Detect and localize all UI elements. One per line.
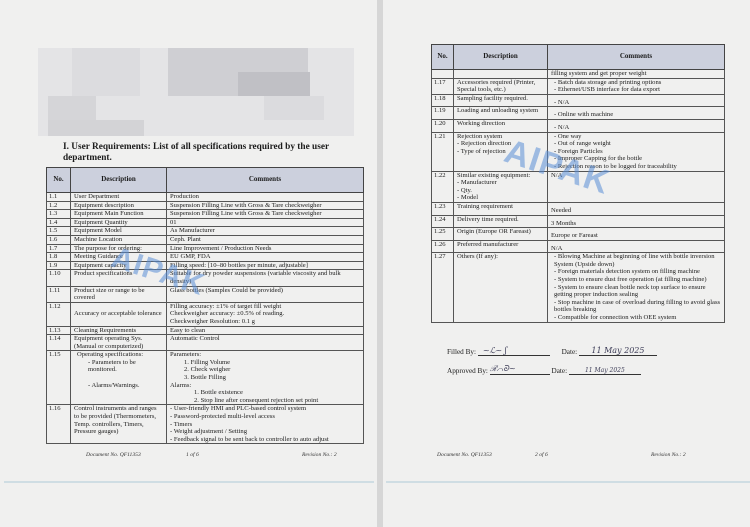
row-comment: Filling accuracy: ±1% of target fill wei…: [167, 302, 364, 326]
table-row: 1.27Others (If any):- Blowing Machine at…: [432, 253, 725, 322]
bullet-item: - Compatible for connection with OEE sys…: [551, 314, 721, 322]
text-line: Similar existing equipment:: [457, 172, 544, 180]
bullet-item: - Online with machine: [551, 111, 721, 119]
text-line: N/A: [551, 245, 721, 253]
row-description: Sampling facility required.: [454, 94, 548, 107]
row-number: 1.8: [47, 253, 71, 262]
row-number: 1.13: [47, 326, 71, 335]
row-number: 1.17: [432, 78, 454, 94]
row-description: Training requirement: [454, 202, 548, 215]
bullet-item: - Rejection reason to be logged for trac…: [551, 163, 721, 171]
row-description: Equipment description: [71, 201, 167, 210]
text-line: 1. Bottle existence: [170, 389, 360, 397]
row-number: 1.2: [47, 201, 71, 210]
row-description: Machine Location: [71, 235, 167, 244]
table-row: 1.2Equipment descriptionSuspension Filli…: [47, 201, 364, 210]
requirements-table-page-1: No. Description Comments 1.1User Departm…: [46, 167, 364, 444]
bullet-item: - N/A: [551, 124, 721, 132]
row-number: 1.15: [47, 351, 71, 405]
text-line: - Alarms/Warnings.: [74, 382, 163, 390]
text-line: N/A: [551, 172, 721, 180]
row-number: 1.20: [432, 119, 454, 132]
row-description: Control instruments and ranges to be pro…: [71, 405, 167, 444]
row-description: Equipment capacity: [71, 261, 167, 270]
text-line: Parameters:: [170, 351, 360, 359]
row-comment: - Online with machine: [548, 107, 725, 120]
document-page-2: No. Description Comments filling system …: [383, 0, 750, 527]
text-line: Filling accuracy: ±1% of target fill wei…: [170, 303, 360, 311]
row-number: 1.21: [432, 132, 454, 171]
row-description: Delivery time required.: [454, 215, 548, 228]
footer-revision: Revision No.: 2: [651, 452, 686, 458]
row-comment: Ceph. Plant: [167, 235, 364, 244]
row-number: 1.4: [47, 218, 71, 227]
text-line: - Model: [457, 194, 544, 202]
row-comment: Parameters:1. Filling Volume2. Check wei…: [167, 351, 364, 405]
table-row: 1.26Preferred manufacturerN/A: [432, 240, 725, 253]
row-number: 1.12: [47, 302, 71, 326]
approved-date: 11 May 2025: [569, 367, 641, 375]
row-description: Equipment Model: [71, 227, 167, 236]
approved-by-signature: ℛ⌒ᘐ~: [490, 364, 550, 375]
page-divider-line: [4, 481, 374, 483]
text-line: - User-friendly HMI and PLC-based contro…: [170, 405, 360, 413]
row-description: Origin (Europe OR Fareast): [454, 228, 548, 241]
row-description: Others (If any):: [454, 253, 548, 322]
filled-by-signature: ~ℒ~ ʃ: [478, 346, 550, 356]
table-row: 1.6Machine LocationCeph. Plant: [47, 235, 364, 244]
table-row: 1.11Product size or range to be coveredG…: [47, 286, 364, 302]
footer-page-number: 1 of 6: [186, 452, 199, 458]
table-row: 1.9Equipment capacityFilling speed: [10–…: [47, 261, 364, 270]
text-line: - Weight adjustment / Setting: [170, 428, 360, 436]
row-number: 1.24: [432, 215, 454, 228]
row-number: 1.10: [47, 270, 71, 286]
text-line: 2. Check weigher: [170, 366, 360, 374]
table-row: 1.12Accuracy or acceptable toleranceFill…: [47, 302, 364, 326]
text-line: 1. Filling Volume: [170, 359, 360, 367]
text-line: 3. Bottle Filling: [170, 374, 360, 382]
text-line: - Type of rejection: [457, 148, 544, 156]
row-comment: - Blowing Machine at beginning of line w…: [548, 253, 725, 322]
table-row: 1.24Delivery time required.3 Months: [432, 215, 725, 228]
bullet-item: - Improper Capping for the bottle: [551, 155, 721, 163]
row-comment: Filling speed: [10–80 bottles per minute…: [167, 261, 364, 270]
row-number: 1.19: [432, 107, 454, 120]
text-line: - Password-protected multi-level access: [170, 413, 360, 421]
table-row-continued: filling system and get proper weight: [432, 70, 725, 79]
footer-revision: Revision No.: 2: [302, 452, 337, 458]
row-description: [454, 70, 548, 79]
row-comment: As Manufacturer: [167, 227, 364, 236]
page-divider-line: [386, 481, 750, 483]
text-line: Needed: [551, 207, 721, 215]
row-description: Cleaning Requirements: [71, 326, 167, 335]
table-row: 1.10Product specificationsSuitable for d…: [47, 270, 364, 286]
row-comment: 3 Months: [548, 215, 725, 228]
row-comment: Line Improvement / Production Needs: [167, 244, 364, 253]
row-number: 1.5: [47, 227, 71, 236]
bullet-item: - Foreign Particles: [551, 148, 721, 156]
row-number: 1.25: [432, 228, 454, 241]
header-comments: Comments: [167, 168, 364, 193]
bullet-item: - Foreign materials detection system on …: [551, 268, 721, 276]
table-row: 1.18Sampling facility required.- N/A: [432, 94, 725, 107]
bullet-item: - Stop machine in case of overload durin…: [551, 299, 721, 314]
row-description: Equipment Main Function: [71, 210, 167, 219]
row-comment: Suspension Filling Line with Gross & Tar…: [167, 201, 364, 210]
bullet-item: - Batch data storage and printing option…: [551, 79, 721, 87]
bullet-item: - System to ensure dust free operation (…: [551, 276, 721, 284]
bullet-item: - Out of range weight: [551, 140, 721, 148]
row-comment: - N/A: [548, 119, 725, 132]
text-line: Checkweigher accuracy: ±0.5% of reading.: [170, 310, 360, 318]
table-row: 1.21Rejection system- Rejection directio…: [432, 132, 725, 171]
filled-date: 11 May 2025: [579, 346, 657, 356]
row-comment: Suitable for dry powder suspensions (var…: [167, 270, 364, 286]
row-description: Product specifications: [71, 270, 167, 286]
row-number: 1.22: [432, 171, 454, 202]
table-row: 1.7The purpose for ordering:Line Improve…: [47, 244, 364, 253]
bullet-item: - System to ensure clean bottle neck top…: [551, 284, 721, 299]
bullet-item: - One way: [551, 133, 721, 141]
text-line: - Manufacturer: [457, 179, 544, 187]
bullet-item: - Ethernet/USB interface for data export: [551, 86, 721, 94]
row-number: 1.1: [47, 193, 71, 202]
row-description: Product size or range to be covered: [71, 286, 167, 302]
table-row: 1.5Equipment ModelAs Manufacturer: [47, 227, 364, 236]
row-comment: Easy to clean: [167, 326, 364, 335]
row-description: Meeting Guidance: [71, 253, 167, 262]
row-comment: Automatic Control: [167, 335, 364, 351]
table-row: 1.1User DepartmentProduction: [47, 193, 364, 202]
row-comment: - One way- Out of range weight- Foreign …: [548, 132, 725, 171]
table-row: 1.13Cleaning RequirementsEasy to clean: [47, 326, 364, 335]
row-description: Accuracy or acceptable tolerance: [71, 302, 167, 326]
table-row: 1.14Equipment operating Sys. (Manual or …: [47, 335, 364, 351]
text-line: 2. Stop line after consequent rejection …: [170, 397, 360, 405]
table-row: 1.8Meeting GuidanceEU GMP, FDA: [47, 253, 364, 262]
text-line: Europe or Fareast: [551, 232, 721, 240]
row-number: [432, 70, 454, 79]
row-comment: - User-friendly HMI and PLC-based contro…: [167, 405, 364, 444]
row-description: Rejection system- Rejection direction- T…: [454, 132, 548, 171]
filled-by-line: Filled By: ~ℒ~ ʃ Date: 11 May 2025: [447, 346, 657, 356]
row-comment: Glass bottles (Samples Could be provided…: [167, 286, 364, 302]
footer-doc-no: Document No. QF11353: [437, 452, 492, 458]
row-number: 1.23: [432, 202, 454, 215]
row-description: The purpose for ordering:: [71, 244, 167, 253]
row-comment: Europe or Fareast: [548, 228, 725, 241]
text-line: - Rejection direction: [457, 140, 544, 148]
table-row: 1.3Equipment Main FunctionSuspension Fil…: [47, 210, 364, 219]
row-number: 1.11: [47, 286, 71, 302]
header-no: No.: [47, 168, 71, 193]
row-description: Accessories required (Printer, Special t…: [454, 78, 548, 94]
header-description: Description: [71, 168, 167, 193]
row-number: 1.9: [47, 261, 71, 270]
table-row: 1.23Training requirementNeeded: [432, 202, 725, 215]
table-row: 1.25Origin (Europe OR Fareast)Europe or …: [432, 228, 725, 241]
row-description: Loading and unloading system: [454, 107, 548, 120]
row-number: 1.18: [432, 94, 454, 107]
row-comment: Suspension Filling Line with Gross & Tar…: [167, 210, 364, 219]
bullet-item: - Blowing Machine at beginning of line w…: [551, 253, 721, 268]
row-number: 1.27: [432, 253, 454, 322]
row-comment: N/A: [548, 171, 725, 202]
row-comment: Needed: [548, 202, 725, 215]
row-comment: Production: [167, 193, 364, 202]
row-description: Similar existing equipment:- Manufacture…: [454, 171, 548, 202]
row-number: 1.7: [47, 244, 71, 253]
bullet-item: - N/A: [551, 99, 721, 107]
table-row: 1.20Working direction- N/A: [432, 119, 725, 132]
row-number: 1.26: [432, 240, 454, 253]
table-row: 1.15Operating specifications:- Parameter…: [47, 351, 364, 405]
footer-page-number: 2 of 6: [535, 452, 548, 458]
table-row: 1.4Equipment Quantity01: [47, 218, 364, 227]
row-number: 1.3: [47, 210, 71, 219]
row-description: Operating specifications:- Parameters to…: [71, 351, 167, 405]
text-line: 3 Months: [551, 220, 721, 228]
text-line: - Parameters to be monitored.: [74, 359, 163, 374]
header-no: No.: [432, 45, 454, 70]
row-description: User Department: [71, 193, 167, 202]
text-line: - Qty.: [457, 187, 544, 195]
table-row: 1.22Similar existing equipment:- Manufac…: [432, 171, 725, 202]
text-line: Operating specifications:: [74, 351, 163, 359]
text-line: Alarms:: [170, 382, 360, 390]
text-line: - Timers: [170, 421, 360, 429]
row-description: Equipment operating Sys. (Manual or comp…: [71, 335, 167, 351]
table-row: 1.16Control instruments and ranges to be…: [47, 405, 364, 444]
row-number: 1.16: [47, 405, 71, 444]
row-comment: - N/A: [548, 94, 725, 107]
row-description: Working direction: [454, 119, 548, 132]
row-comment: 01: [167, 218, 364, 227]
text-line: Rejection system: [457, 133, 544, 141]
text-line: Checkweigher Resolution: 0.1 g: [170, 318, 360, 326]
header-comments: Comments: [548, 45, 725, 70]
row-number: 1.6: [47, 235, 71, 244]
row-comment: - Batch data storage and printing option…: [548, 78, 725, 94]
footer-doc-no: Document No. QF11353: [86, 452, 141, 458]
requirements-table-page-2: No. Description Comments filling system …: [431, 44, 725, 323]
approved-by-line: Approved By: ℛ⌒ᘐ~ Date: 11 May 2025: [447, 364, 641, 375]
table-row: 1.19Loading and unloading system- Online…: [432, 107, 725, 120]
row-comment: N/A: [548, 240, 725, 253]
row-description: Equipment Quantity: [71, 218, 167, 227]
row-description: Preferred manufacturer: [454, 240, 548, 253]
text-line: - Feedback signal to be sent back to con…: [170, 436, 360, 444]
section-title: I. User Requirements: List of all specif…: [63, 142, 353, 164]
row-comment: filling system and get proper weight: [548, 70, 725, 79]
row-number: 1.14: [47, 335, 71, 351]
document-page-1: I. User Requirements: List of all specif…: [0, 0, 377, 527]
header-description: Description: [454, 45, 548, 70]
row-comment: EU GMP, FDA: [167, 253, 364, 262]
table-row: 1.17Accessories required (Printer, Speci…: [432, 78, 725, 94]
redacted-header-block: [38, 48, 354, 136]
